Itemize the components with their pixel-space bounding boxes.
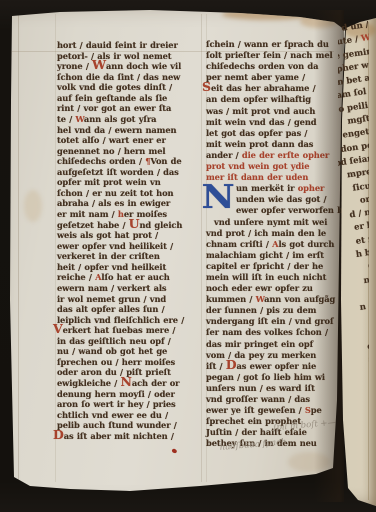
text-line: Verkert hat ſuebas mere / <box>53 325 205 336</box>
text-line: yrone / Wann doch wie vil <box>57 61 205 72</box>
text-line: ſchon die da ſint / das new <box>57 72 205 83</box>
text-line: denung hern moyſi / oder <box>57 389 205 400</box>
foxing-stain <box>24 190 42 222</box>
illuminated-initial-N: N <box>201 180 234 213</box>
text-line: nu / wand ob got het ge <box>57 346 205 357</box>
text-column-left: hort / dauid ſeint ir dreierpetorl- / al… <box>57 40 205 441</box>
text-line: ir wol nemet grun / vnd <box>57 294 205 305</box>
ruling-line-left-margin <box>18 14 19 482</box>
facing-page-text-clip: d un /bar gute / Wge geminpher won bet a… <box>338 20 369 498</box>
text-line: leiplich vnd fleiſchlich ere / <box>57 315 205 326</box>
text-line: volk vnd die gotes dinſt / <box>57 82 205 93</box>
text-line: abraha / als es in ewiger <box>57 198 205 209</box>
text-line: in das geiſtlich neu opf / <box>57 336 205 347</box>
text-line: ewigkleiche / Nach der or <box>57 378 205 389</box>
text-line: ewer opfer vnd heilikeit / <box>57 241 205 252</box>
ruling-line-column1 <box>55 14 56 482</box>
text-line: genennet no / hern mel <box>57 146 205 157</box>
text-line: hel vnd da / ewern namen <box>57 125 205 136</box>
text-line: geſetzet habe / Und gleich <box>57 220 205 231</box>
text-line: aron ſo wert ir hey / pries <box>57 399 205 410</box>
text-line: chtlich vnd ewer ee du / <box>57 410 205 421</box>
text-line: petorl- / als ir wol nemet <box>57 51 205 62</box>
text-line: opfer mit prot wein vn <box>57 177 205 188</box>
text-line: hort / dauid ſeint ir dreier <box>57 40 205 51</box>
text-line: ſprechen ou / herr moiſes <box>57 357 205 368</box>
photo-black-background: hort / dauid ſeint ir dreierpetorl- / al… <box>0 0 376 512</box>
text-line: totet alſo / wart ener er <box>57 135 205 146</box>
text-line: verkeret in der criſten <box>57 251 205 262</box>
facing-page-text: d un /bar gute / Wge geminpher won bet a… <box>338 20 369 498</box>
text-line: heit / opfer vnd heilkeit <box>57 262 205 273</box>
text-line: te / Wann als got yſra <box>57 114 205 125</box>
text-line: auf ſein geſtande als ſie <box>57 93 205 104</box>
text-line: Das iſt aber mit nichten / <box>53 431 205 442</box>
text-line: rint / vor got an ewer ſta <box>57 103 205 114</box>
text-line: das alt opfer alles ſun / <box>57 304 205 315</box>
text-line: aufgeſetzt iſt worden / das <box>57 167 205 178</box>
text-line: weis als got hat prot / <box>57 230 205 241</box>
text-line: pelib auch ſtund wunder / <box>57 420 205 431</box>
text-line: chiſedechs orden / ¶Von de <box>57 156 205 167</box>
text-line: ewern nam / verkert als <box>57 283 205 294</box>
text-line: ſchon / er nu zeit tot hon <box>57 188 205 199</box>
text-line: reiche / Alſo hat er auch <box>57 272 205 283</box>
